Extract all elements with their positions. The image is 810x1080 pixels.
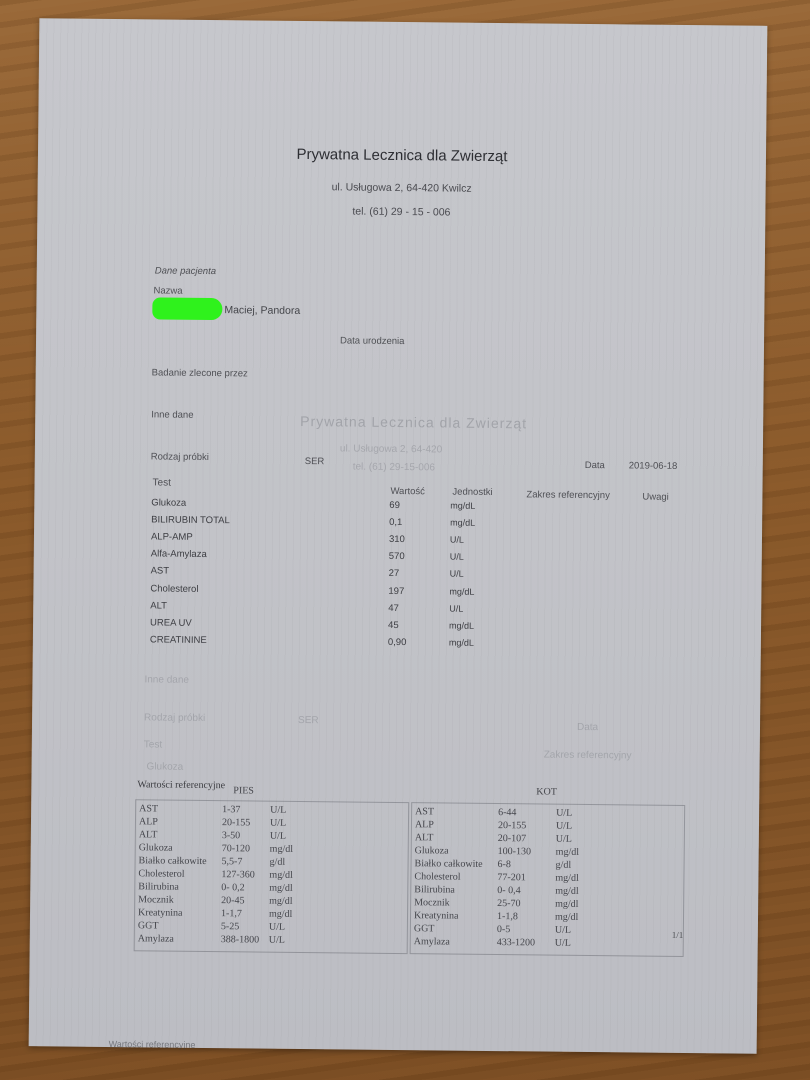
clinic-address: ul. Usługowa 2, 64-420 Kwilcz	[38, 178, 766, 198]
sample-type-value: SER	[305, 456, 325, 467]
reference-row: AST1-37U/L	[136, 803, 408, 817]
ghost-glucose: Glukoza	[147, 761, 184, 772]
reference-unit: mg/dl	[270, 844, 293, 855]
patient-name-value: Maciej, Pandora	[224, 304, 300, 317]
reference-row: AST6-44U/L	[412, 806, 684, 820]
result-unit: U/L	[450, 552, 464, 562]
reference-dog-label: PIES	[233, 785, 254, 796]
reference-unit: U/L	[555, 938, 571, 949]
reference-name: Glukoza	[139, 842, 173, 853]
result-test-name: AST	[151, 566, 170, 577]
reference-range: 0-5	[497, 924, 510, 935]
result-test-name: ALP-AMP	[151, 532, 193, 543]
reference-name: Bilirubina	[138, 881, 179, 892]
reference-row: Cholesterol127-360mg/dl	[135, 868, 407, 882]
reference-range: 0- 0,2	[221, 882, 244, 893]
reference-range: 25-70	[497, 898, 520, 909]
reference-row: GGT5-25U/L	[135, 920, 407, 934]
result-value: 0,1	[389, 517, 402, 528]
result-value: 570	[389, 551, 405, 562]
reference-unit: mg/dl	[555, 912, 578, 923]
reference-name: Cholesterol	[414, 871, 460, 882]
reference-unit: U/L	[269, 935, 285, 946]
result-test-name: Cholesterol	[150, 583, 198, 595]
reference-range: 5,5-7	[222, 856, 243, 867]
results-header-test: Test	[152, 477, 170, 488]
reference-unit: U/L	[555, 925, 571, 936]
reference-row: Mocznik25-70mg/dl	[411, 897, 683, 911]
reference-name: Białko całkowite	[415, 858, 483, 870]
reference-name: ALP	[415, 819, 434, 830]
reference-row: GGT0-5U/L	[411, 923, 683, 937]
reference-row: Amylaza433-1200U/L	[411, 936, 683, 950]
reference-range: 100-130	[498, 846, 531, 857]
birth-date-label: Data urodzenia	[340, 335, 405, 347]
reference-row: Glukoza70-120mg/dl	[136, 842, 408, 856]
result-value: 47	[388, 602, 399, 613]
ordered-by-label: Badanie zlecone przez	[152, 367, 248, 379]
result-value: 0,90	[388, 637, 407, 648]
result-value: 197	[388, 585, 404, 596]
reference-range: 3-50	[222, 830, 240, 841]
reference-name: Cholesterol	[138, 868, 184, 879]
result-test-name: Glukoza	[151, 497, 186, 508]
reference-name: Bilirubina	[414, 884, 455, 895]
reference-row: Białko całkowite5,5-7g/dl	[136, 855, 408, 869]
reference-row: Glukoza100-130mg/dl	[412, 845, 684, 859]
result-test-name: BILIRUBIN TOTAL	[151, 515, 230, 527]
reference-row: Amylaza388-1800U/L	[135, 933, 407, 947]
sample-date-label: Data	[585, 460, 605, 471]
reference-unit: mg/dl	[269, 909, 292, 920]
reference-range: 1-37	[222, 804, 240, 815]
patient-section-label: Dane pacjenta	[155, 265, 216, 277]
reference-name: Kreatynina	[138, 907, 183, 918]
other-data-label: Inne dane	[151, 409, 193, 420]
clinic-name: Prywatna Lecznica dla Zwierząt	[38, 143, 766, 168]
reference-range: 77-201	[497, 872, 525, 883]
page-number: 1/1	[672, 930, 684, 940]
reference-name: ALT	[139, 829, 158, 840]
reference-unit: mg/dl	[269, 883, 292, 894]
reference-name: Amylaza	[414, 936, 450, 947]
reference-row: ALP20-155U/L	[136, 816, 408, 830]
reference-row: Kreatynina1-1,7mg/dl	[135, 907, 407, 921]
reference-name: Mocznik	[138, 894, 174, 905]
reference-range: 20-45	[221, 895, 244, 906]
reference-name: AST	[415, 806, 434, 817]
reference-unit: g/dl	[556, 860, 572, 871]
result-value: 310	[389, 534, 405, 545]
ghost-sample-value: SER	[298, 715, 319, 726]
reference-unit: mg/dl	[269, 870, 292, 881]
reference-row: ALT20-107U/L	[412, 832, 684, 846]
reference-unit: mg/dl	[269, 896, 292, 907]
sample-date-value: 2019-06-18	[629, 460, 678, 472]
reference-row: Kreatynina1-1,8mg/dl	[411, 910, 683, 924]
ghost-address: ul. Usługowa 2, 64-420	[340, 443, 442, 455]
result-unit: mg/dL	[449, 586, 474, 596]
reference-name: ALT	[415, 832, 434, 843]
reference-row: Mocznik20-45mg/dl	[135, 894, 407, 908]
reference-range: 388-1800	[221, 934, 259, 945]
reference-unit: mg/dl	[555, 886, 578, 897]
result-unit: U/L	[450, 535, 464, 545]
reference-name: GGT	[138, 920, 159, 931]
reference-range: 0- 0,4	[497, 885, 520, 896]
reference-unit: mg/dl	[556, 847, 579, 858]
reference-unit: U/L	[269, 922, 285, 933]
reference-name: ALP	[139, 816, 158, 827]
results-header-value: Wartość	[390, 486, 425, 497]
reference-range: 1-1,7	[221, 908, 242, 919]
reference-range: 1-1,8	[497, 911, 518, 922]
results-table: Glukoza69mg/dLBILIRUBIN TOTAL0,1mg/dLALP…	[39, 18, 767, 26]
patient-name-label: Nazwa	[153, 285, 182, 296]
result-unit: U/L	[449, 603, 463, 613]
reference-row: Bilirubina0- 0,2mg/dl	[135, 881, 407, 895]
reference-name: AST	[139, 803, 158, 814]
ghost-test: Test	[144, 739, 162, 750]
result-test-name: UREA UV	[150, 617, 192, 628]
results-header-units: Jednostki	[452, 487, 492, 498]
reference-range: 70-120	[222, 843, 250, 854]
result-unit: mg/dL	[449, 637, 474, 647]
result-test-name: ALT	[150, 600, 167, 611]
reference-unit: g/dl	[270, 857, 286, 868]
footer-text: Wartości referencyjne	[109, 1039, 196, 1050]
reference-range: 433-1200	[497, 937, 535, 948]
reference-range: 20-107	[498, 833, 526, 844]
reference-unit: U/L	[270, 805, 286, 816]
result-test-name: Alfa-Amylaza	[151, 549, 207, 561]
reference-unit: U/L	[556, 808, 572, 819]
reference-range: 20-155	[498, 820, 526, 831]
results-header-notes: Uwagi	[642, 492, 669, 503]
reference-unit: U/L	[556, 834, 572, 845]
reference-row: ALP20-155U/L	[412, 819, 684, 833]
reference-title: Wartości referencyjne	[137, 779, 225, 791]
reference-range: 6-44	[498, 807, 516, 818]
ghost-other-data: Inne dane	[144, 674, 189, 685]
reference-row: ALT3-50U/L	[136, 829, 408, 843]
sample-type-label: Rodzaj próbki	[151, 451, 209, 463]
reference-name: Białko całkowite	[139, 855, 207, 867]
result-unit: mg/dL	[450, 518, 475, 528]
ghost-sample-type: Rodzaj próbki	[144, 712, 205, 724]
reference-range: 20-155	[222, 817, 250, 828]
result-value: 45	[388, 620, 399, 631]
reference-name: Glukoza	[415, 845, 449, 856]
redaction-mark	[152, 297, 222, 320]
ghost-date: Data	[577, 722, 598, 733]
reference-range: 127-360	[221, 869, 254, 880]
ghost-reference: Zakres referencyjny	[544, 750, 632, 762]
result-unit: mg/dL	[450, 501, 475, 511]
reference-unit: mg/dl	[555, 873, 578, 884]
reference-name: GGT	[414, 923, 435, 934]
reference-cat-label: KOT	[536, 786, 557, 797]
reference-cat-table: AST6-44U/LALP20-155U/LALT20-107U/LGlukoz…	[410, 802, 686, 957]
result-value: 69	[389, 500, 400, 511]
reference-row: Bilirubina0- 0,4mg/dl	[411, 884, 683, 898]
reference-unit: mg/dl	[555, 899, 578, 910]
reference-dog-table: AST1-37U/LALP20-155U/LALT3-50U/LGlukoza7…	[134, 799, 410, 954]
ghost-phone: tel. (61) 29-15-006	[353, 462, 435, 474]
reference-range: 6-8	[498, 859, 511, 870]
reference-name: Amylaza	[138, 933, 174, 944]
reference-unit: U/L	[270, 831, 286, 842]
reference-name: Mocznik	[414, 897, 450, 908]
reference-range: 5-25	[221, 921, 239, 932]
result-unit: U/L	[450, 569, 464, 579]
reference-name: Kreatynina	[414, 910, 459, 921]
results-header-reference: Zakres referencyjny	[526, 489, 610, 501]
reference-unit: U/L	[270, 818, 286, 829]
result-test-name: CREATININE	[150, 634, 207, 646]
reference-row: Białko całkowite6-8g/dl	[412, 858, 684, 872]
reference-unit: U/L	[556, 821, 572, 832]
result-unit: mg/dL	[449, 620, 474, 630]
result-value: 27	[389, 568, 400, 579]
lab-report-paper: Prywatna Lecznica dla Zwierząt ul. Usług…	[29, 18, 768, 1054]
ghost-clinic-name: Prywatna Lecznica dla Zwierząt	[300, 413, 527, 431]
clinic-phone: tel. (61) 29 - 15 - 006	[37, 202, 765, 222]
reference-row: Cholesterol77-201mg/dl	[411, 871, 683, 885]
